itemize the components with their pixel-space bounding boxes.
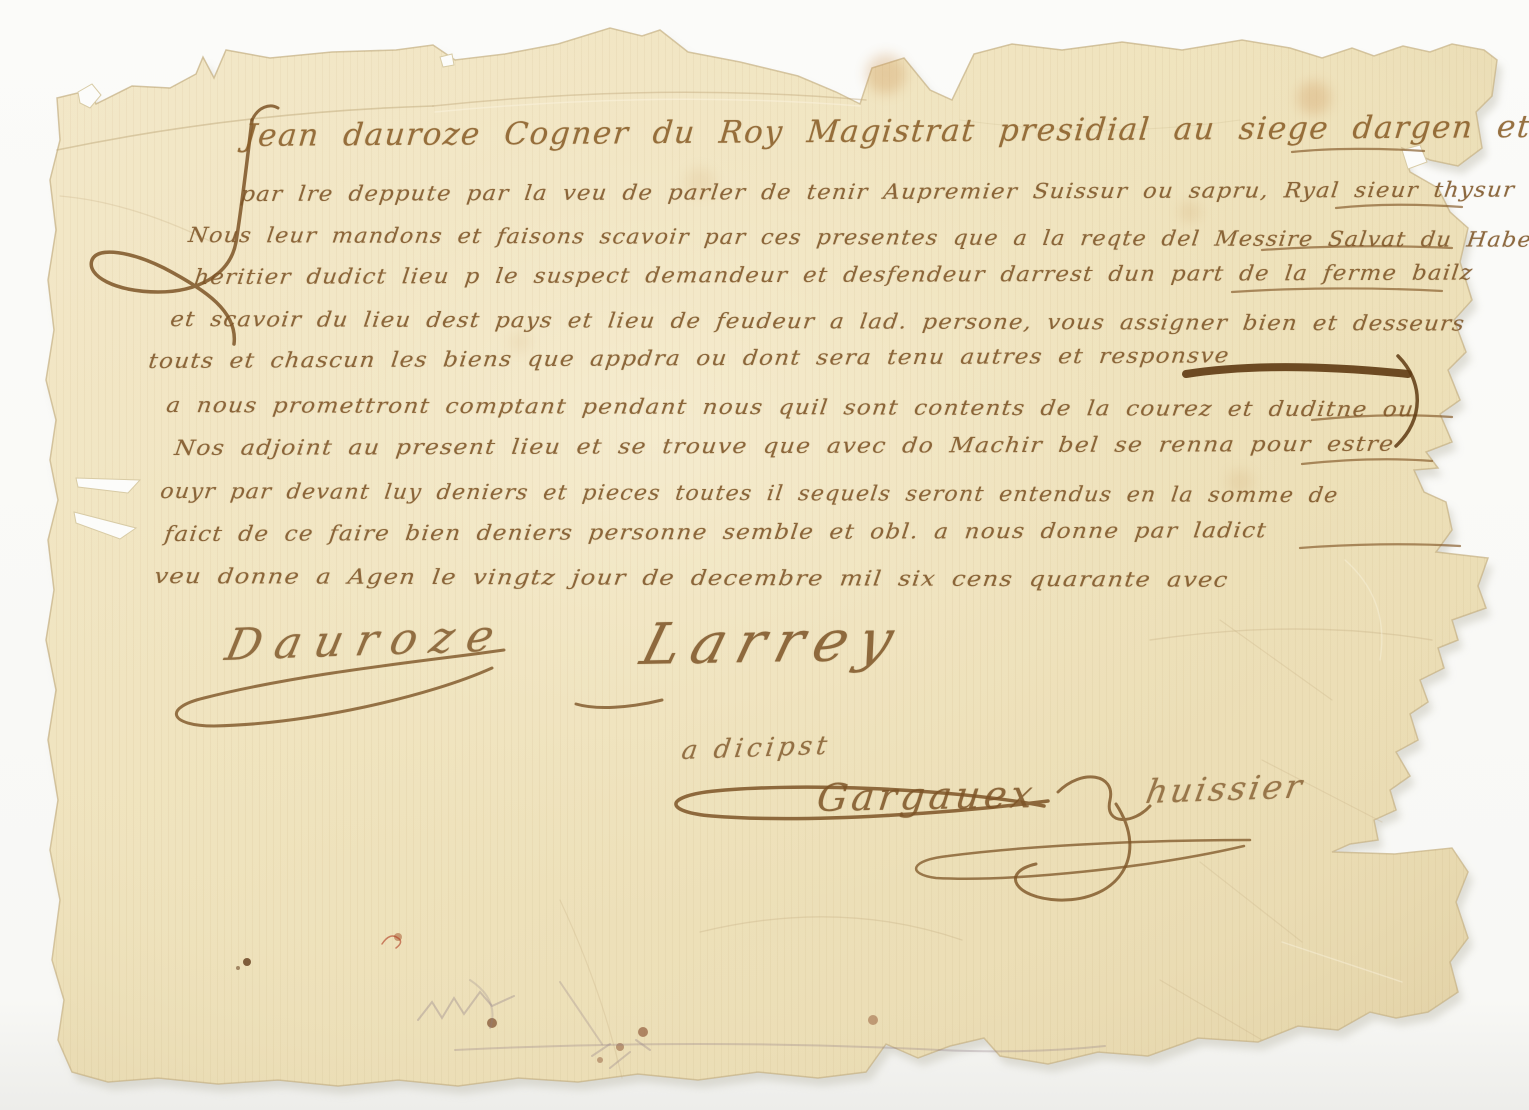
scanner-bed: Jean dauroze Cogner du Roy Magistrat pre… (0, 0, 1529, 1110)
paper-shape (46, 28, 1497, 1086)
manuscript-paper (0, 0, 1529, 1110)
